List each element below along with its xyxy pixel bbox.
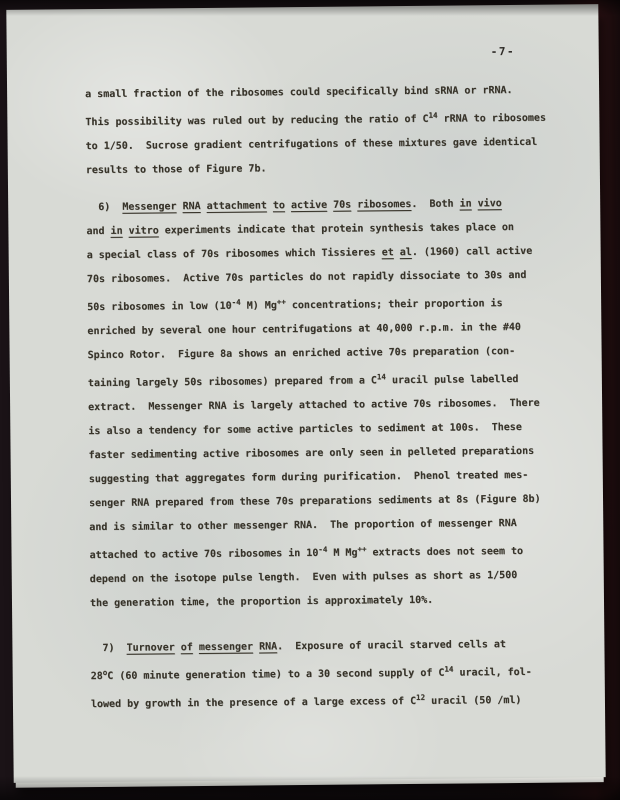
text-line: 50s ribosomes in low (10-4 M) Mg++ conce…	[87, 288, 548, 320]
text-line: depend on the isotope pulse length. Even…	[90, 564, 551, 592]
text-line: taining largely 50s ribosomes) prepared …	[88, 364, 549, 396]
page-number: -7-	[491, 45, 515, 58]
text-line: This possibility was ruled out by reduci…	[85, 103, 546, 135]
typewritten-text: a small fraction of the ribosomes could …	[85, 79, 552, 717]
text-line: results to those of Figure 7b.	[86, 155, 547, 183]
text-line: lowed by growth in the presence of a lar…	[91, 685, 552, 717]
text-line: attached to active 70s ribosomes in 10-4…	[89, 536, 550, 568]
text-line: to 1/50. Sucrose gradient centrifugation…	[86, 131, 547, 159]
section-7-paragraph: 7) Turnover of messenger RNA. Exposure o…	[90, 633, 551, 717]
section-6-paragraph: 6) Messenger RNA attachment to active 70…	[86, 192, 551, 616]
document-page: -7- a small fraction of the ribosomes co…	[6, 4, 605, 783]
continuation-paragraph: a small fraction of the ribosomes could …	[85, 79, 547, 183]
photo-background: -7- a small fraction of the ribosomes co…	[0, 0, 620, 800]
text-line: the generation time, the proportion is a…	[90, 588, 551, 616]
text-line: 28oC (60 minute generation time) to a 30…	[91, 657, 552, 689]
